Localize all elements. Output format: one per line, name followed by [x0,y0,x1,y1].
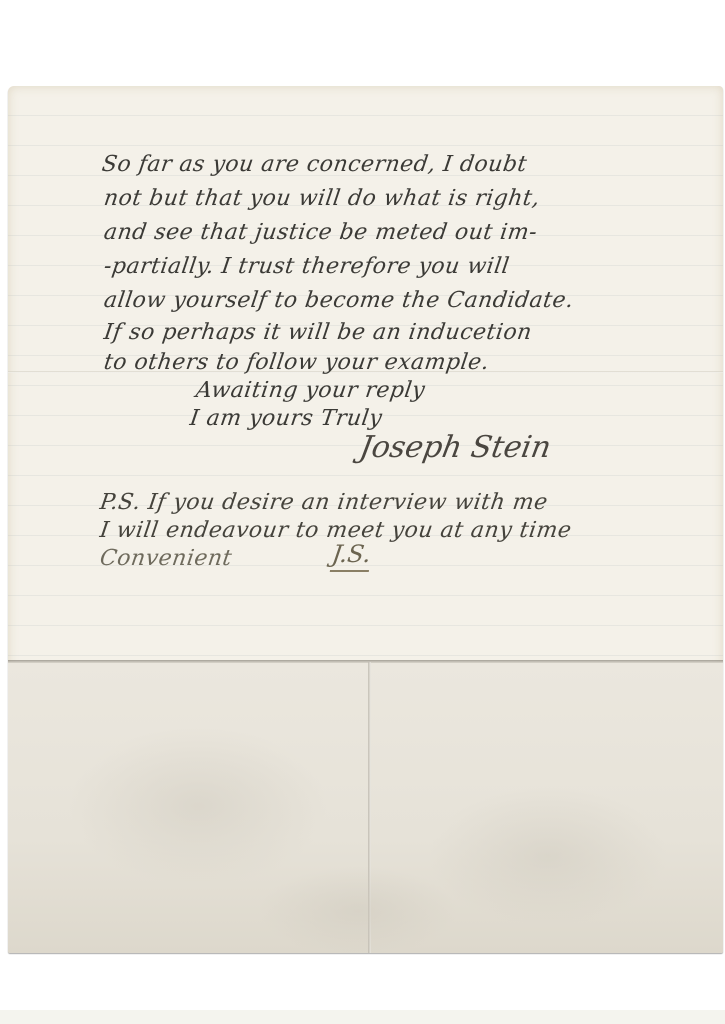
body-line: -partially. I trust therefore you will [102,254,511,279]
signature: Joseph Stein [357,430,554,465]
postscript-line: Convenient [98,546,233,571]
body-line: allow yourself to become the Candidate. [102,288,575,313]
closing-line: Awaiting your reply [194,378,426,403]
body-line: not but that you will do what is right, [102,186,541,211]
postscript-line: P.S. If you desire an interview with me [98,490,549,515]
body-line: to others to follow your example. [102,350,491,375]
body-line: and see that justice be meted out im- [102,220,539,245]
letter-text: So far as you are concerned, I doubt not… [0,0,725,1024]
closing-line: I am yours Truly [188,406,384,431]
postscript-initials: J.S. [330,540,373,572]
body-line: So far as you are concerned, I doubt [100,152,528,177]
body-line: If so perhaps it will be an inducetion [102,320,533,345]
